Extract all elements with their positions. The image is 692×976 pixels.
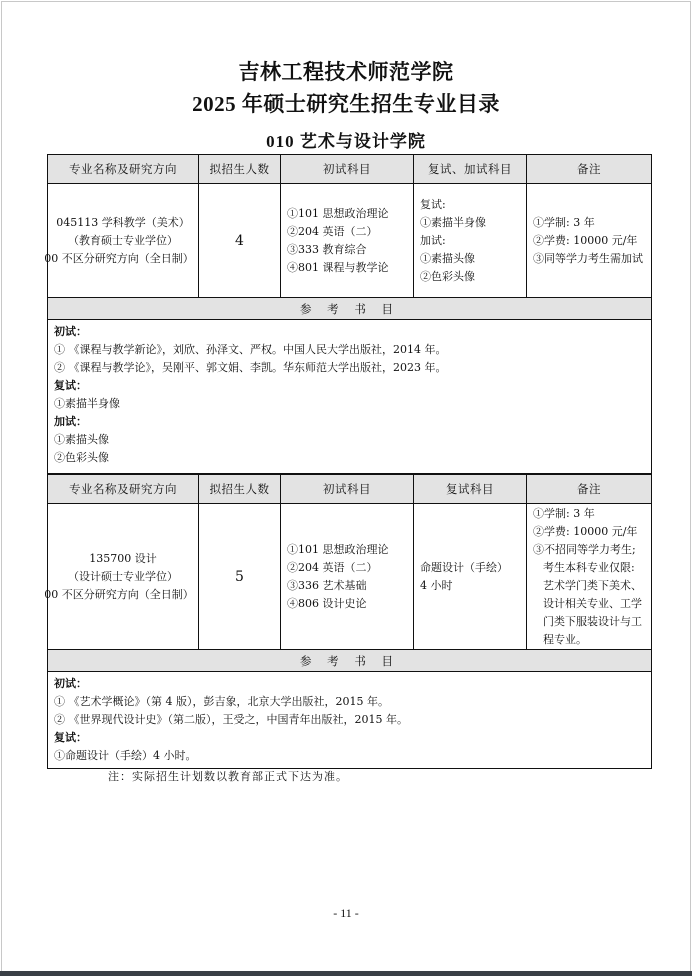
prelim-subject: ④801 课程与教学论	[287, 259, 413, 277]
retest-cell: 复试: ①素描半身像 加试: ①素描头像 ②色彩头像	[414, 184, 527, 298]
references-row: 初试： ① 《艺术学概论》（第 4 版），彭吉象，北京大学出版社，2015 年。…	[48, 672, 652, 769]
col-header-prelim: 初试科目	[281, 475, 414, 504]
remark-item: 门类下服装设计与工	[533, 613, 651, 631]
reference-book: ② 《课程与教学论》，吴刚平、郭文娟、李凯。华东师范大学出版社，2023 年。	[54, 359, 645, 377]
research-direction: 00 不区分研究方向（全日制）	[40, 586, 198, 604]
extra-test-item: ①素描头像	[420, 250, 526, 268]
prelim-subject: ①101 思想政治理论	[287, 205, 413, 223]
major-code-name: 045113 学科教学（美术）	[48, 214, 198, 232]
reference-item: ①命题设计（手绘）4 小时。	[54, 747, 645, 765]
col-header-prelim: 初试科目	[281, 155, 414, 184]
degree-type: （教育硕士专业学位）	[48, 232, 198, 250]
prelim-cell: ①101 思想政治理论 ②204 英语（二） ③333 教育综合 ④801 课程…	[281, 184, 414, 298]
references-header-row: 参 考 书 目	[48, 650, 652, 672]
remark-item: ②学费: 10000 元/年	[533, 232, 651, 250]
program-table-2: 专业名称及研究方向 拟招生人数 初试科目 复试科目 备注 135700 设计 （…	[47, 474, 652, 769]
prelim-subject: ③336 艺术基础	[287, 577, 413, 595]
remark-item: ②学费: 10000 元/年	[533, 523, 651, 541]
remarks-cell: ①学制: 3 年 ②学费: 10000 元/年 ③不招同等学力考生; 考生本科专…	[527, 504, 652, 650]
reference-book: ① 《艺术学概论》（第 4 版），彭吉象，北京大学出版社，2015 年。	[54, 693, 645, 711]
reference-book: ① 《课程与教学新论》，刘欣、孙泽文、严权。中国人民大学出版社，2014 年。	[54, 341, 645, 359]
retest-duration: 4 小时	[420, 577, 526, 595]
references-row: 初试： ① 《课程与教学新论》，刘欣、孙泽文、严权。中国人民大学出版社，2014…	[48, 320, 652, 474]
institution-title: 吉林工程技术师范学院	[0, 56, 692, 86]
table-row: 135700 设计 （设计硕士专业学位） 00 不区分研究方向（全日制） 5 ①…	[48, 504, 652, 650]
table-header-row: 专业名称及研究方向 拟招生人数 初试科目 复试、加试科目 备注	[48, 155, 652, 184]
col-header-quota: 拟招生人数	[199, 155, 281, 184]
reference-section-label: 初试：	[54, 675, 645, 693]
degree-type: （设计硕士专业学位）	[48, 568, 198, 586]
remark-item: 设计相关专业、工学	[533, 595, 651, 613]
retest-cell: 命题设计（手绘） 4 小时	[414, 504, 527, 650]
col-header-major: 专业名称及研究方向	[48, 475, 199, 504]
prelim-cell: ①101 思想政治理论 ②204 英语（二） ③336 艺术基础 ④806 设计…	[281, 504, 414, 650]
major-cell: 045113 学科教学（美术） （教育硕士专业学位） 00 不区分研究方向（全日…	[48, 184, 199, 298]
reference-section-label: 复试：	[54, 729, 645, 747]
extra-test-label: 加试:	[420, 232, 526, 250]
reference-section-label: 复试：	[54, 377, 645, 395]
col-header-quota: 拟招生人数	[199, 475, 281, 504]
table-row: 045113 学科教学（美术） （教育硕士专业学位） 00 不区分研究方向（全日…	[48, 184, 652, 298]
col-header-major: 专业名称及研究方向	[48, 155, 199, 184]
program-table-1: 专业名称及研究方向 拟招生人数 初试科目 复试、加试科目 备注 045113 学…	[47, 154, 652, 474]
college-title: 010 艺术与设计学院	[0, 127, 692, 152]
col-header-remarks: 备注	[527, 475, 652, 504]
references-cell: 初试： ① 《艺术学概论》（第 4 版），彭吉象，北京大学出版社，2015 年。…	[48, 672, 652, 769]
reference-section-label: 初试：	[54, 323, 645, 341]
research-direction: 00 不区分研究方向（全日制）	[40, 250, 198, 268]
retest-item: ①素描半身像	[420, 214, 526, 232]
reference-item: ①素描头像	[54, 431, 645, 449]
references-heading: 参 考 书 目	[48, 650, 652, 672]
col-header-retest: 复试、加试科目	[414, 155, 527, 184]
quota-cell: 4	[199, 184, 281, 298]
reference-item: ①素描半身像	[54, 395, 645, 413]
prelim-subject: ④806 设计史论	[287, 595, 413, 613]
table-header-row: 专业名称及研究方向 拟招生人数 初试科目 复试科目 备注	[48, 475, 652, 504]
remark-item: 艺术学门类下美术、	[533, 577, 651, 595]
remark-item: ③同等学力考生需加试	[533, 250, 651, 268]
prelim-subject: ②204 英语（二）	[287, 559, 413, 577]
page-number: - 11 -	[0, 906, 692, 921]
catalog-title: 2025 年硕士研究生招生专业目录	[0, 88, 692, 118]
prelim-subject: ②204 英语（二）	[287, 223, 413, 241]
extra-test-item: ②色彩头像	[420, 268, 526, 286]
reference-item: ②色彩头像	[54, 449, 645, 467]
remark-item: ①学制: 3 年	[533, 505, 651, 523]
major-cell: 135700 设计 （设计硕士专业学位） 00 不区分研究方向（全日制）	[48, 504, 199, 650]
references-heading: 参 考 书 目	[48, 298, 652, 320]
col-header-retest: 复试科目	[414, 475, 527, 504]
references-cell: 初试： ① 《课程与教学新论》，刘欣、孙泽文、严权。中国人民大学出版社，2014…	[48, 320, 652, 474]
reference-section-label: 加试：	[54, 413, 645, 431]
reference-book: ② 《世界现代设计史》（第二版），王受之，中国青年出版社，2015 年。	[54, 711, 645, 729]
major-code-name: 135700 设计	[48, 550, 198, 568]
prelim-subject: ①101 思想政治理论	[287, 541, 413, 559]
remarks-cell: ①学制: 3 年 ②学费: 10000 元/年 ③同等学力考生需加试	[527, 184, 652, 298]
references-header-row: 参 考 书 目	[48, 298, 652, 320]
col-header-remarks: 备注	[527, 155, 652, 184]
prelim-subject: ③333 教育综合	[287, 241, 413, 259]
footnote: 注：实际招生计划数以教育部正式下达为准。	[108, 768, 348, 784]
viewer-bottom-bar	[0, 971, 692, 976]
remark-item: 考生本科专业仅限:	[533, 559, 651, 577]
retest-label: 复试:	[420, 196, 526, 214]
remark-item: ③不招同等学力考生;	[533, 541, 651, 559]
retest-item: 命题设计（手绘）	[420, 559, 526, 577]
remark-item: ①学制: 3 年	[533, 214, 651, 232]
remark-item: 程专业。	[533, 631, 651, 649]
quota-cell: 5	[199, 504, 281, 650]
